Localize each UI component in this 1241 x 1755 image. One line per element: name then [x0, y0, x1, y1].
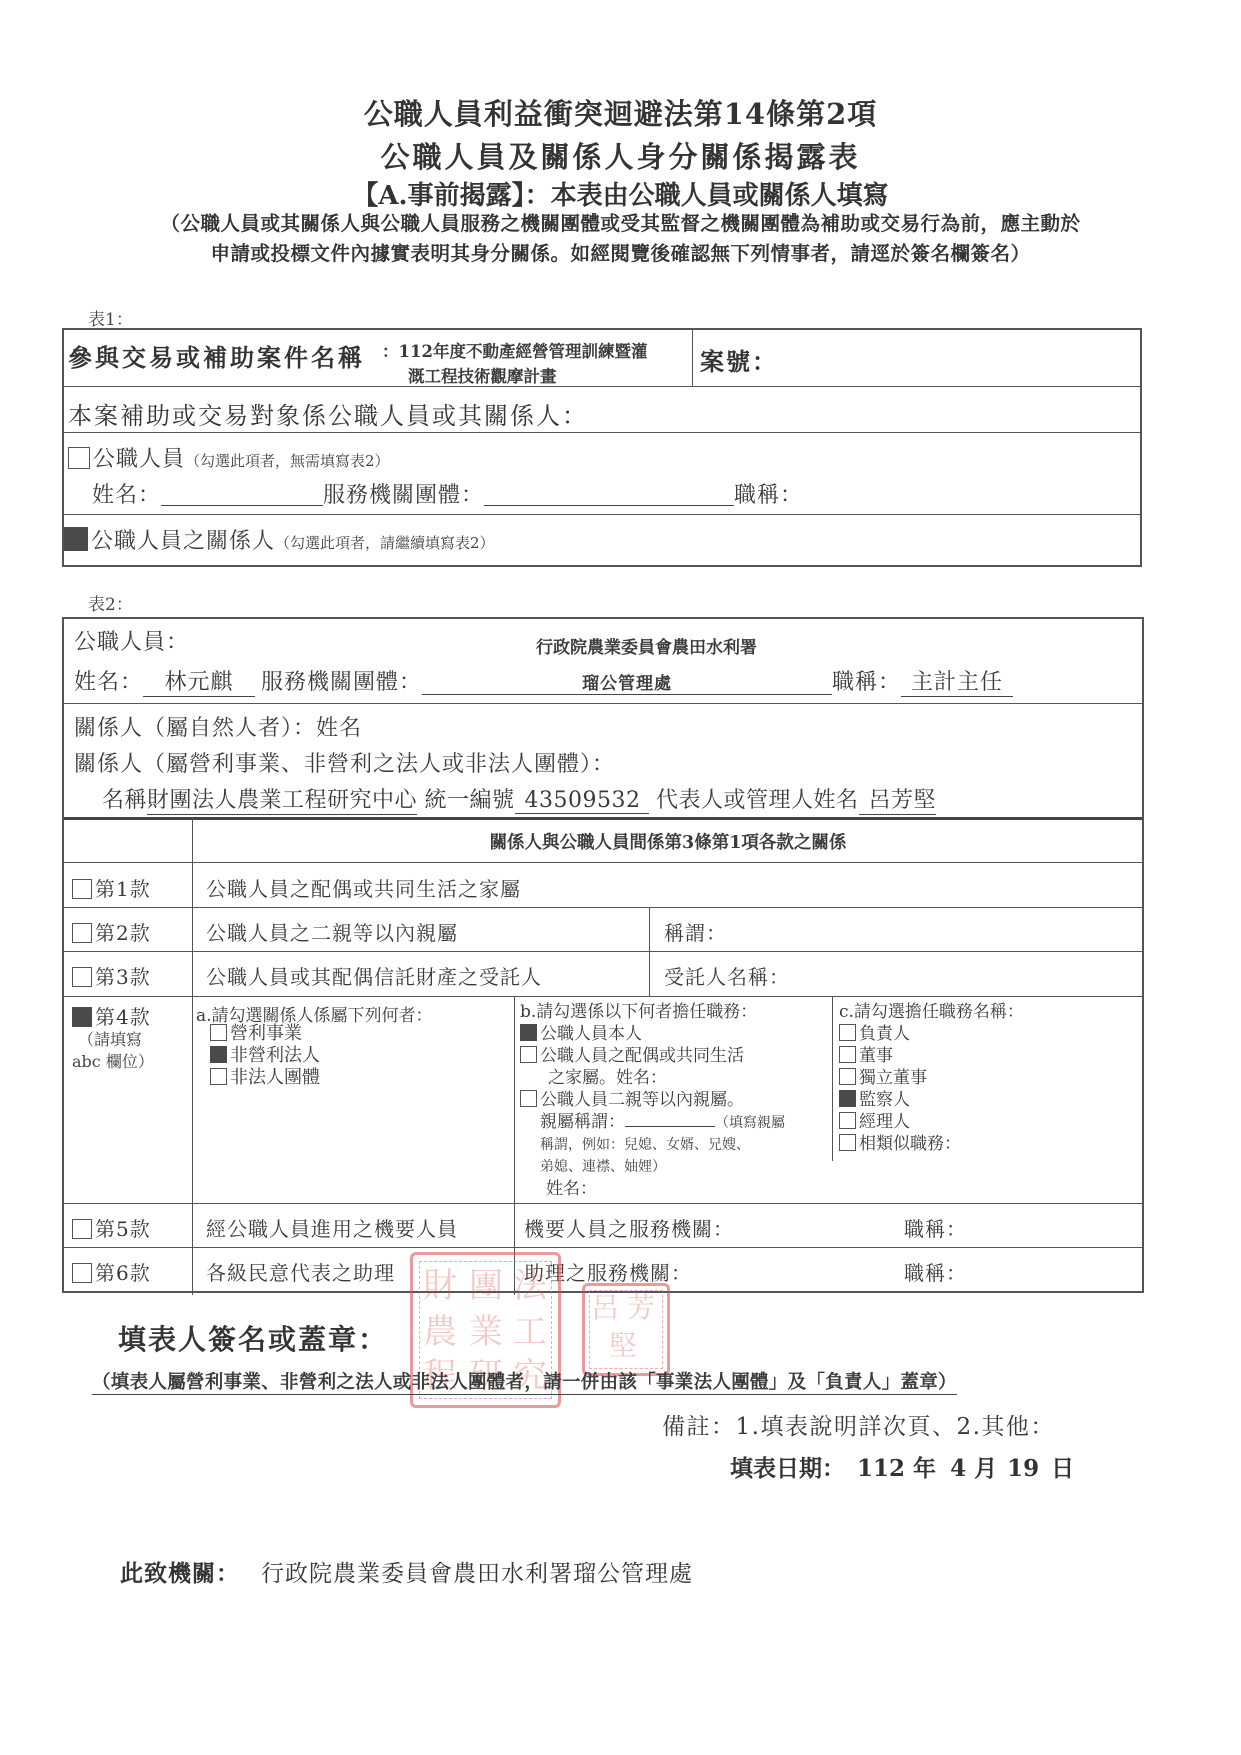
clause4-note-line1: （請填寫	[78, 1027, 142, 1050]
title-label: 職稱：	[832, 670, 901, 695]
addressee-label: 此致機關：	[120, 1560, 240, 1587]
option-label: 公職人員二親等以內親屬。	[540, 1090, 744, 1110]
col-a-option[interactable]: 營利事業	[210, 1023, 320, 1045]
form-title: 公職人員及關係人身分關係揭露表	[0, 135, 1241, 176]
clause3-label: 第3款	[95, 965, 151, 989]
clause4-note-line2: abc 欄位）	[72, 1049, 154, 1072]
divider	[514, 997, 515, 1203]
table2-label: 表2：	[88, 590, 133, 615]
clause5: 第5款	[72, 1213, 151, 1242]
fill-date: 填表日期： 112 年 4 月 19 日	[730, 1450, 1074, 1483]
col-a-option[interactable]: 非營利法人	[210, 1045, 320, 1067]
clause5-agency-label[interactable]: 機要人員之服務機關：	[524, 1213, 734, 1242]
official-label: 公職人員：	[74, 625, 189, 656]
option-label: 營利事業	[230, 1023, 302, 1044]
representative-seal-icon: 呂 芳 堅	[582, 1283, 670, 1376]
related-entity-label: 關係人（屬營利事業、非營利之法人或非法人團體）：	[74, 747, 615, 778]
clause1-desc: 公職人員之配偶或共同生活之家屬	[206, 873, 521, 902]
clause3-extra-label[interactable]: 受託人名稱：	[664, 961, 790, 990]
checkbox[interactable]	[520, 1090, 537, 1107]
option-label: 非營利法人	[230, 1045, 320, 1066]
table2: 公職人員： 行政院農業委員會農田水利署 姓名：林元麒服務機關團體：瑠公管理處職稱…	[62, 617, 1144, 1293]
date-label: 填表日期：	[730, 1455, 845, 1482]
divider	[64, 1247, 1142, 1248]
option-official-label: 公職人員	[93, 447, 185, 472]
addressee: 此致機關： 行政院農業委員會農田水利署瑠公管理處	[120, 1555, 693, 1588]
date-year-unit: 年	[913, 1455, 936, 1482]
instructions-line1: （公職人員或其關係人與公職人員服務之機關團體或受其監督之機關團體為補助或交易行為…	[0, 208, 1241, 236]
table1: 參與交易或補助案件名稱 ：112年度不動產經營管理訓練暨灌 溉工程技術觀摩計畫 …	[62, 328, 1142, 567]
clause2-extra-label[interactable]: 稱謂：	[664, 917, 727, 946]
relative-title-field[interactable]	[625, 1112, 715, 1127]
date-month-unit: 月	[974, 1455, 997, 1482]
clause6-title-label[interactable]: 職稱：	[904, 1257, 967, 1286]
clause2: 第2款	[72, 917, 151, 946]
col-c-option[interactable]: 經理人	[839, 1111, 1024, 1133]
divider	[64, 514, 1140, 515]
object-statement: 本案補助或交易對象係公職人員或其關係人：	[68, 396, 588, 431]
clause2-checkbox[interactable]	[72, 923, 92, 943]
clause5-desc: 經公職人員進用之機要人員	[206, 1213, 458, 1242]
date-year[interactable]: 112	[857, 1455, 905, 1482]
divider	[64, 951, 1142, 952]
checkbox[interactable]	[839, 1046, 856, 1063]
col-a-option[interactable]: 非法人團體	[210, 1067, 320, 1089]
clause2-label: 第2款	[95, 921, 151, 945]
checkbox[interactable]	[520, 1046, 537, 1063]
case-name-value-line1[interactable]: ：112年度不動產經營管理訓練暨灌	[382, 338, 647, 362]
option-label: 相類似職務：	[859, 1134, 961, 1154]
col-c: c.請勾選擔任職務名稱： 負責人 董事 獨立董事 監察人 經理人 相類似職務：	[839, 1001, 1024, 1155]
clause2-desc: 公職人員之二親等以內親屬	[206, 917, 458, 946]
option-label: 非法人團體	[230, 1067, 320, 1088]
option-official-row: 公職人員（勾選此項者，無需填寫表2）	[68, 442, 390, 473]
option-label: 公職人員本人	[540, 1024, 642, 1044]
date-day[interactable]: 19	[1007, 1455, 1039, 1482]
official-name-label: 姓名：	[92, 483, 161, 508]
option-related-row: 公職人員之關係人（勾選此項者，請繼續填寫表2）	[64, 524, 495, 555]
divider	[64, 703, 1142, 704]
clause5-label: 第5款	[95, 1217, 151, 1241]
divider	[64, 386, 1140, 387]
case-name-value-line2[interactable]: 溉工程技術觀摩計畫	[408, 363, 557, 387]
col-c-option[interactable]: 負責人	[839, 1023, 1024, 1045]
option-official-note: （勾選此項者，無需填寫表2）	[185, 452, 390, 470]
case-no-label: 案號：	[700, 342, 778, 377]
checkbox-checked[interactable]	[839, 1090, 856, 1107]
col-c-option[interactable]: 相類似職務：	[839, 1133, 1024, 1155]
official-agency-label: 服務機關團體：	[323, 483, 484, 508]
clause3-desc: 公職人員或其配偶信託財產之受託人	[206, 961, 542, 990]
official-agency-field[interactable]	[484, 483, 734, 506]
checkbox[interactable]	[839, 1024, 856, 1041]
entity-name-field[interactable]: 財團法人農業工程研究中心	[147, 783, 417, 815]
divider	[64, 862, 1142, 863]
col-b-title: b.請勾選係以下何者擔任職務：	[520, 1001, 785, 1023]
checkbox[interactable]	[210, 1068, 227, 1085]
clause5-checkbox[interactable]	[72, 1219, 92, 1239]
clause1-label: 第1款	[95, 877, 151, 901]
clause6: 第6款	[72, 1257, 151, 1286]
checkbox[interactable]	[839, 1068, 856, 1085]
option-label: 公職人員之配偶或共同生活	[540, 1046, 744, 1066]
col-c-title: c.請勾選擔任職務名稱：	[839, 1001, 1024, 1023]
signature-label: 填表人簽名或蓋章：	[118, 1318, 388, 1358]
clause3-checkbox[interactable]	[72, 967, 92, 987]
option-label: 經理人	[859, 1112, 910, 1132]
clause6-label: 第6款	[95, 1261, 151, 1285]
agency-field[interactable]: 瑠公管理處	[422, 665, 832, 695]
option-related-label: 公職人員之關係人	[91, 529, 275, 554]
official-checkbox[interactable]	[68, 447, 90, 469]
clause6-desc: 各級民意代表之助理	[206, 1257, 395, 1286]
divider	[649, 908, 650, 996]
divider	[192, 818, 193, 1295]
remarks: 備註：1.填表說明詳次頁、2.其他：	[662, 1408, 1055, 1441]
official-title-label: 職稱：	[734, 483, 803, 508]
signature-note: （填表人屬營利事業、非營利之法人或非法人團體者，請一併由該「事業法人團體」及「負…	[92, 1368, 957, 1395]
checkbox[interactable]	[210, 1024, 227, 1041]
col-a-options: 營利事業 非營利法人 非法人團體	[210, 1023, 320, 1089]
clause6-checkbox[interactable]	[72, 1263, 92, 1283]
relative-title-row: 親屬稱謂：（填寫親屬	[520, 1111, 785, 1134]
col-b-opt2-line2: 之家屬。姓名：	[520, 1067, 785, 1089]
related-checkbox-checked[interactable]	[64, 527, 88, 551]
entity-name-label: 名稱	[102, 788, 147, 813]
option-related-note: （勾選此項者，請繼續填寫表2）	[275, 534, 495, 552]
entity-info-row: 名稱財團法人農業工程研究中心 統一編號43509532 代表人或管理人姓名呂芳堅	[102, 783, 936, 815]
divider	[64, 996, 1142, 997]
relative-hint-line2: 稱謂，例如：兒媳、女婿、兄嫂、	[520, 1134, 785, 1156]
official-fields-row: 姓名：服務機關團體：職稱：	[92, 478, 1003, 509]
col-b-opt2[interactable]: 公職人員之配偶或共同生活	[520, 1045, 785, 1067]
law-title: 公職人員利益衝突迴避法第14條第2項	[0, 92, 1241, 133]
case-name-label: 參與交易或補助案件名稱	[68, 338, 365, 373]
name-label: 姓名：	[74, 670, 143, 695]
clause1-checkbox[interactable]	[72, 879, 92, 899]
col-b-opt1[interactable]: 公職人員本人	[520, 1023, 785, 1045]
table1-label: 表1：	[88, 305, 133, 330]
relative-title-hint: （填寫親屬	[715, 1115, 785, 1131]
divider	[692, 330, 693, 386]
agency-label: 服務機關團體：	[255, 670, 422, 695]
divider	[832, 997, 833, 1161]
col-c-option[interactable]: 監察人	[839, 1089, 1024, 1111]
clause4: 第4款	[72, 1001, 151, 1030]
divider	[64, 1203, 1142, 1204]
relative-title-label: 親屬稱謂：	[540, 1112, 625, 1132]
date-day-unit: 日	[1051, 1455, 1074, 1482]
col-b-opt3[interactable]: 公職人員二親等以內親屬。	[520, 1089, 785, 1111]
option-label: 董事	[859, 1046, 893, 1066]
divider	[64, 907, 1142, 908]
col-b: b.請勾選係以下何者擔任職務： 公職人員本人 公職人員之配偶或共同生活 之家屬。…	[520, 1001, 785, 1200]
checkbox[interactable]	[839, 1112, 856, 1129]
agency-value-line1[interactable]: 行政院農業委員會農田水利署	[536, 633, 757, 658]
form-subtitle: 【A.事前揭露】：本表由公職人員或關係人填寫	[0, 175, 1241, 212]
checkbox[interactable]	[839, 1134, 856, 1151]
name-field[interactable]: 林元麒	[143, 665, 255, 697]
col-c-option[interactable]: 獨立董事	[839, 1067, 1024, 1089]
clause5-title-label[interactable]: 職稱：	[904, 1213, 967, 1242]
entity-id-label: 統一編號	[425, 788, 515, 813]
clause4-checkbox-checked[interactable]	[72, 1007, 92, 1027]
date-month[interactable]: 4	[950, 1455, 966, 1482]
addressee-value: 行政院農業委員會農田水利署瑠公管理處	[261, 1561, 693, 1587]
relation-header: 關係人與公職人員間係第3條第1項各款之關係	[192, 829, 1144, 854]
col-c-option[interactable]: 董事	[839, 1045, 1024, 1067]
checkbox-checked[interactable]	[520, 1024, 537, 1041]
relative-hint-line3: 弟媳、連襟、妯娌）	[520, 1156, 785, 1178]
option-label: 獨立董事	[859, 1068, 927, 1088]
related-natural-label: 關係人（屬自然人者）：姓名	[74, 711, 362, 742]
case-no-field[interactable]	[794, 342, 1124, 372]
divider	[64, 432, 1140, 433]
title-field[interactable]: 主計主任	[901, 665, 1013, 697]
clause4-label: 第4款	[95, 1005, 151, 1029]
section-divider	[64, 817, 1142, 820]
option-label: 監察人	[859, 1090, 910, 1110]
entity-rep-field[interactable]: 呂芳堅	[859, 783, 937, 815]
option-label: 負責人	[859, 1024, 910, 1044]
official-info-row: 姓名：林元麒服務機關團體：瑠公管理處職稱：主計主任	[74, 665, 1013, 697]
instructions-line2: 申請或投標文件內據實表明其身分關係。如經閱覽後確認無下列情事者，請逕於簽名欄簽名…	[0, 238, 1241, 266]
clause1: 第1款	[72, 873, 151, 902]
official-name-field[interactable]	[161, 483, 323, 506]
clause3: 第3款	[72, 961, 151, 990]
entity-rep-label: 代表人或管理人姓名	[656, 788, 859, 813]
relative-name-label[interactable]: 姓名：	[520, 1178, 785, 1200]
entity-id-field[interactable]: 43509532	[515, 788, 649, 814]
checkbox-checked[interactable]	[210, 1046, 227, 1063]
